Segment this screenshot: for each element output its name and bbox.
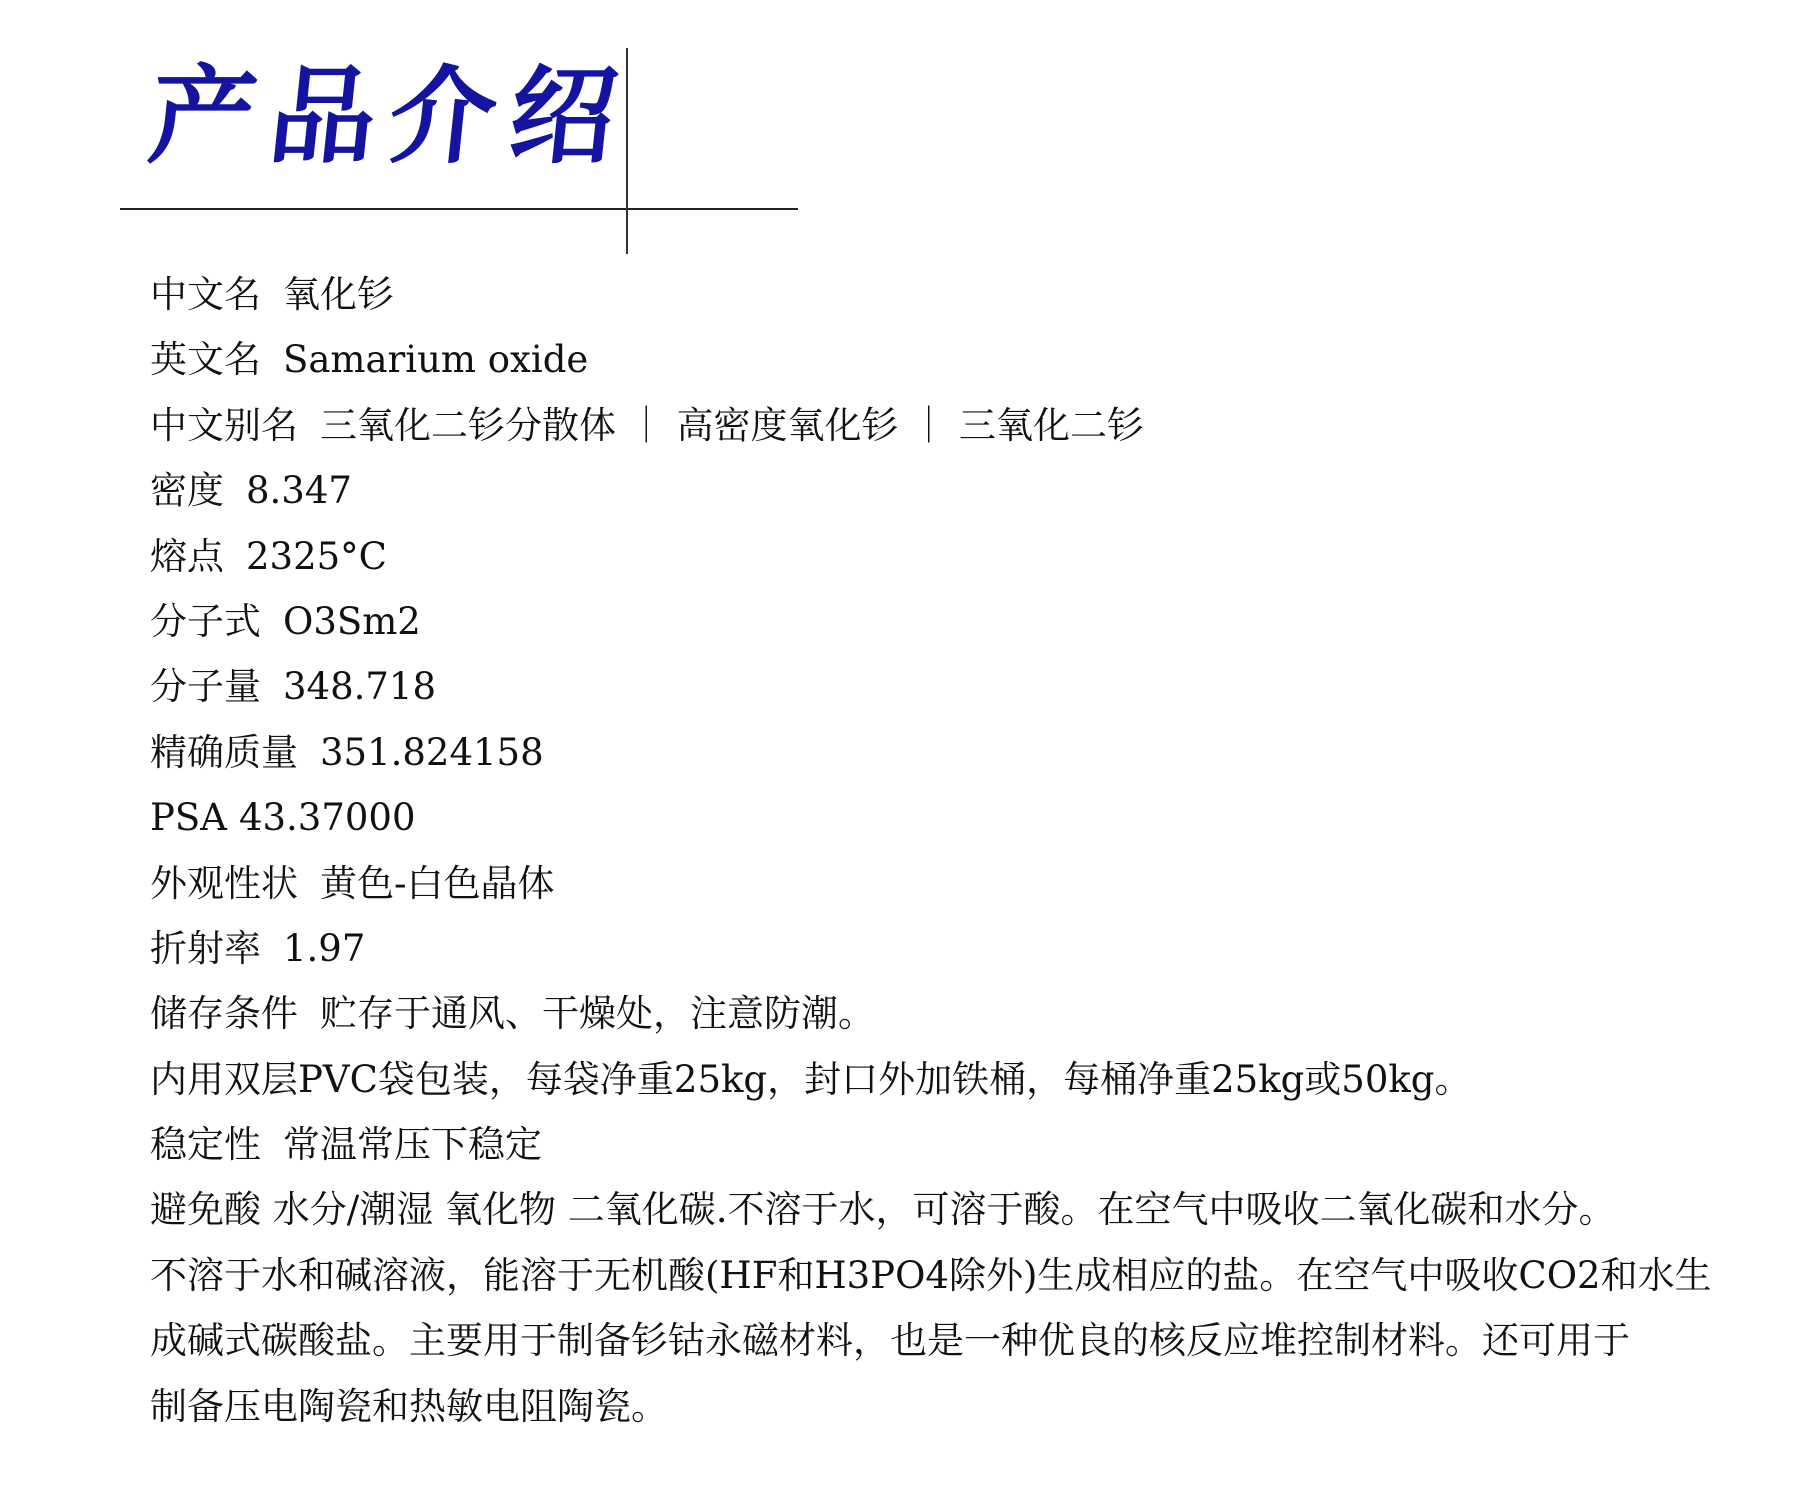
property-row-appearance: 外观性状黄色-白色晶体 bbox=[150, 851, 1750, 916]
property-label: PSA bbox=[150, 796, 227, 839]
page-title: 产品介绍 bbox=[143, 52, 637, 182]
property-label: 英文名 bbox=[150, 338, 261, 381]
property-row-english-name: 英文名Samarium oxide bbox=[150, 327, 1750, 392]
property-value: 三氧化二钐分散体 ｜ 高密度氧化钐 ｜ 三氧化二钐 bbox=[320, 404, 1144, 447]
property-label: 折射率 bbox=[150, 927, 261, 970]
property-row-stability: 稳定性常温常压下稳定 bbox=[150, 1112, 1750, 1177]
property-value: 氧化钐 bbox=[283, 273, 394, 316]
property-value: 351.824158 bbox=[320, 731, 544, 774]
property-value: 348.718 bbox=[283, 665, 436, 708]
property-value: 2325°C bbox=[246, 535, 387, 578]
property-row-refractive-index: 折射率1.97 bbox=[150, 916, 1750, 981]
property-row-storage: 储存条件贮存于通风、干燥处，注意防潮。 bbox=[150, 981, 1750, 1046]
property-row-aliases: 中文别名三氧化二钐分散体 ｜ 高密度氧化钐 ｜ 三氧化二钐 bbox=[150, 393, 1750, 458]
property-value: 43.37000 bbox=[239, 796, 416, 839]
property-row-psa: PSA43.37000 bbox=[150, 785, 1750, 850]
property-label: 外观性状 bbox=[150, 862, 298, 905]
property-value: 常温常压下稳定 bbox=[283, 1123, 542, 1166]
property-value: Samarium oxide bbox=[283, 338, 588, 381]
property-value: 贮存于通风、干燥处，注意防潮。 bbox=[320, 992, 875, 1035]
property-value: 8.347 bbox=[246, 469, 352, 512]
property-label: 熔点 bbox=[150, 535, 224, 578]
property-label: 稳定性 bbox=[150, 1123, 261, 1166]
packaging-text: 内用双层PVC袋包装，每袋净重25kg，封口外加铁桶，每桶净重25kg或50kg… bbox=[150, 1047, 1750, 1112]
description-line: 制备压电陶瓷和热敏电阻陶瓷。 bbox=[150, 1374, 1735, 1439]
property-label: 分子式 bbox=[150, 600, 261, 643]
property-row-exact-mass: 精确质量351.824158 bbox=[150, 720, 1750, 785]
property-label: 中文别名 bbox=[150, 404, 298, 447]
description-line: 不溶于水和碱溶液，能溶于无机酸(HF和H3PO4除外)生成相应的盐。在空气中吸收… bbox=[150, 1243, 1735, 1308]
description-line: 成碱式碳酸盐。主要用于制备钐钴永磁材料，也是一种优良的核反应堆控制材料。还可用于 bbox=[150, 1308, 1735, 1373]
property-label: 储存条件 bbox=[150, 992, 298, 1035]
description-line: 避免酸 水分/潮湿 氧化物 二氧化碳.不溶于水，可溶于酸。在空气中吸收二氧化碳和… bbox=[150, 1177, 1735, 1242]
title-divider-horizontal bbox=[120, 208, 798, 210]
property-row-density: 密度8.347 bbox=[150, 458, 1750, 523]
property-label: 分子量 bbox=[150, 665, 261, 708]
product-properties: 中文名氧化钐 英文名Samarium oxide 中文别名三氧化二钐分散体 ｜ … bbox=[150, 262, 1750, 1439]
title-divider-vertical bbox=[626, 48, 628, 254]
property-label: 精确质量 bbox=[150, 731, 298, 774]
property-row-molecular-weight: 分子量348.718 bbox=[150, 654, 1750, 719]
property-value: 黄色-白色晶体 bbox=[320, 862, 555, 905]
property-row-chinese-name: 中文名氧化钐 bbox=[150, 262, 1750, 327]
property-value: O3Sm2 bbox=[283, 600, 421, 643]
property-row-formula: 分子式O3Sm2 bbox=[150, 589, 1750, 654]
property-label: 中文名 bbox=[150, 273, 261, 316]
description-paragraph: 避免酸 水分/潮湿 氧化物 二氧化碳.不溶于水，可溶于酸。在空气中吸收二氧化碳和… bbox=[150, 1177, 1735, 1439]
property-row-melting-point: 熔点2325°C bbox=[150, 524, 1750, 589]
property-value: 1.97 bbox=[283, 927, 365, 970]
property-label: 密度 bbox=[150, 469, 224, 512]
